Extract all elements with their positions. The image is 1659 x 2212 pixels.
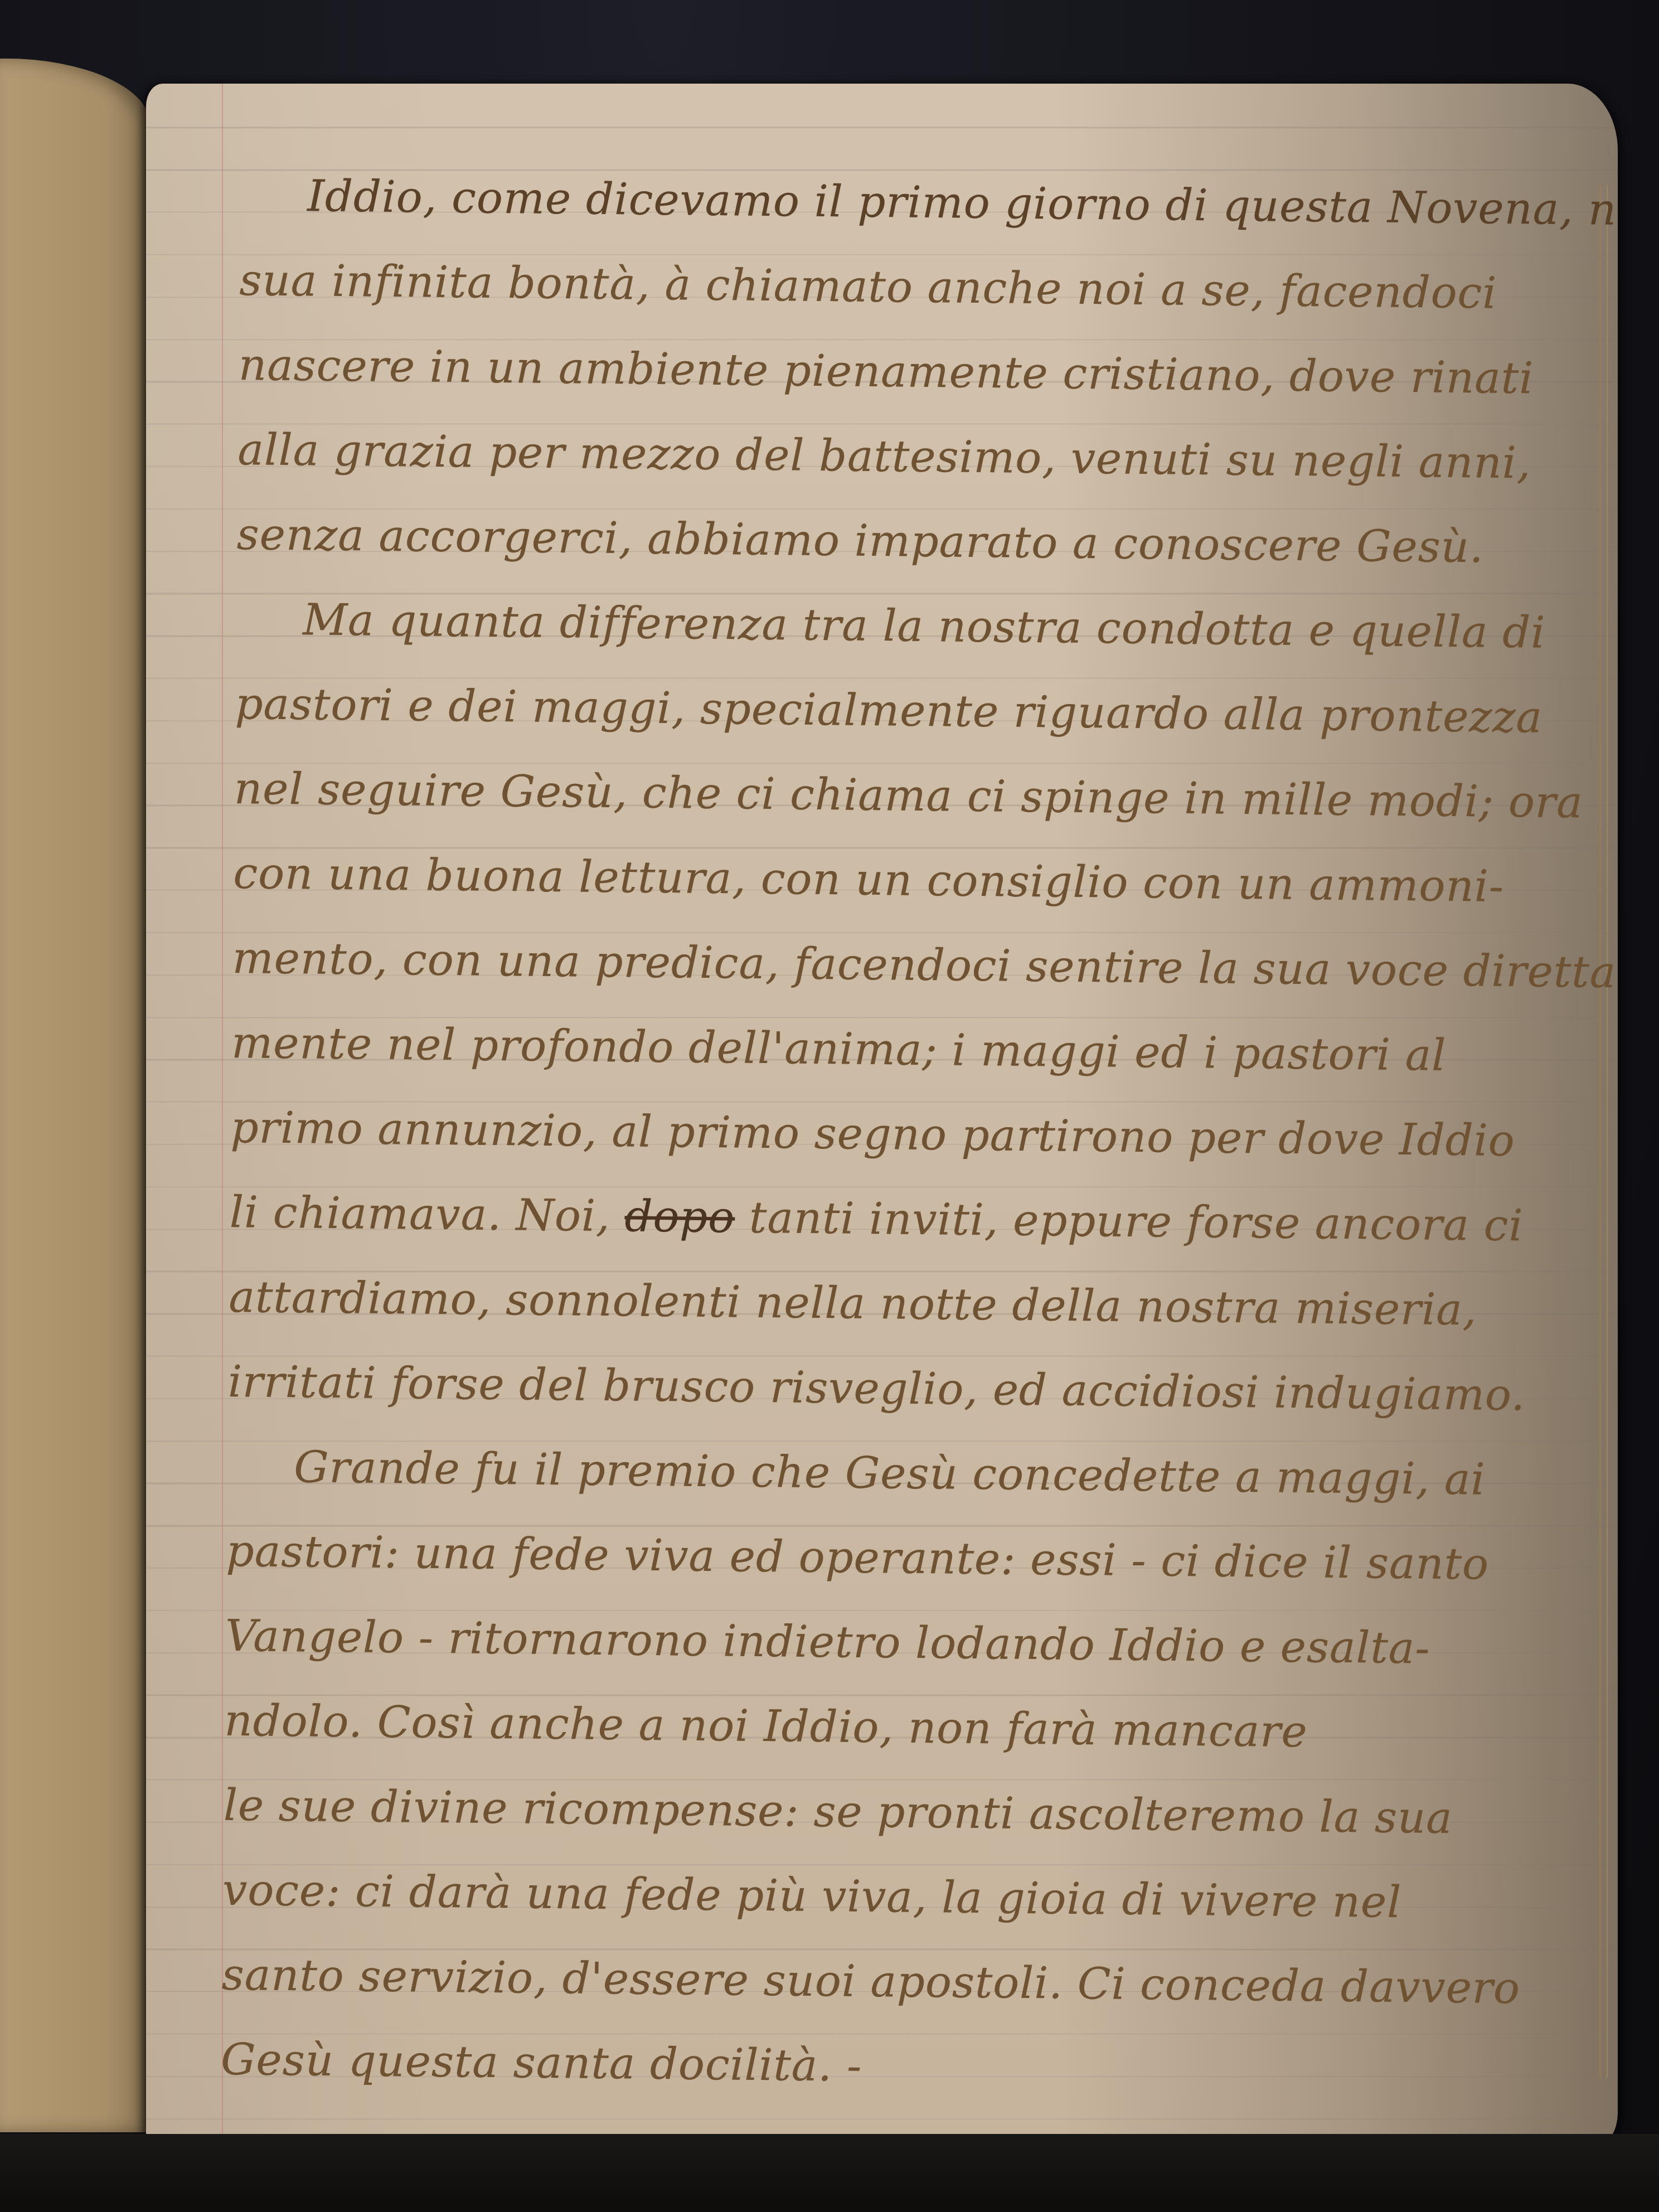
struck-out-word: dopo — [624, 1191, 735, 1243]
text-line: nascere in un ambiente pienamente cristi… — [238, 323, 1588, 421]
text-line: santo servizio, d'essere suoi apostoli. … — [221, 1933, 1571, 2031]
text-line: mento, con una predica, facendoci sentir… — [232, 916, 1582, 1015]
text-line: ndolo. Così anche a noi Iddio, non farà … — [224, 1679, 1574, 1777]
handwritten-text: Iddio, come dicevamo il primo giorno di … — [220, 153, 1589, 2116]
text-line: senza accorgerci, abbiamo imparato a con… — [236, 492, 1586, 591]
text-line: Gesù questa santa docilità. - — [220, 2017, 1570, 2116]
text-line: Vangelo - ritornarono indietro lodando I… — [225, 1594, 1574, 1692]
text-line: alla grazia per mezzo del battesimo, ven… — [237, 408, 1587, 506]
notebook-page: Iddio, come dicevamo il primo giorno di … — [146, 84, 1618, 2146]
text-line: le sue divine ricompense: se pronti asco… — [223, 1763, 1573, 1862]
text-line: Grande fu il premio che Gesù concedette … — [227, 1424, 1576, 1523]
text-line: irritati forse del brusco risveglio, ed … — [227, 1340, 1577, 1438]
text-line: Ma quanta differenza tra la nostra condo… — [235, 577, 1585, 676]
text-line: attardiamo, sonnolenti nella notte della… — [229, 1255, 1578, 1354]
text-line: sua infinita bontà, à chiamato anche noi… — [239, 238, 1589, 337]
text-line: nel seguire Gesù, che ci chiama ci sping… — [234, 746, 1583, 845]
page-edge-stack — [1599, 184, 1608, 2079]
left-notebook-page — [0, 59, 151, 2132]
text-line: primo annunzio, al primo segno partirono… — [230, 1085, 1580, 1184]
text-fragment: tanti inviti, eppure forse ancora ci — [749, 1193, 1524, 1251]
text-line: con una buona lettura, con un consiglio … — [233, 831, 1583, 930]
photo-scene: Iddio, come dicevamo il primo giorno di … — [0, 0, 1659, 2212]
text-line: li chiamava. Noi, dopo tanti inviti, epp… — [229, 1170, 1579, 1269]
text-fragment: li chiamava. Noi, — [230, 1187, 611, 1241]
text-line: pastori e dei maggi, specialmente riguar… — [235, 662, 1584, 760]
text-line: pastori: una fede viva ed operante: essi… — [226, 1509, 1575, 1608]
text-line: Iddio, come dicevamo il primo giorno di … — [240, 153, 1589, 252]
dark-background-cloth — [0, 2134, 1659, 2212]
text-line: voce: ci darà una fede più viva, la gioi… — [222, 1848, 1572, 1947]
text-line: mente nel profondo dell'anima; i maggi e… — [231, 1001, 1580, 1099]
